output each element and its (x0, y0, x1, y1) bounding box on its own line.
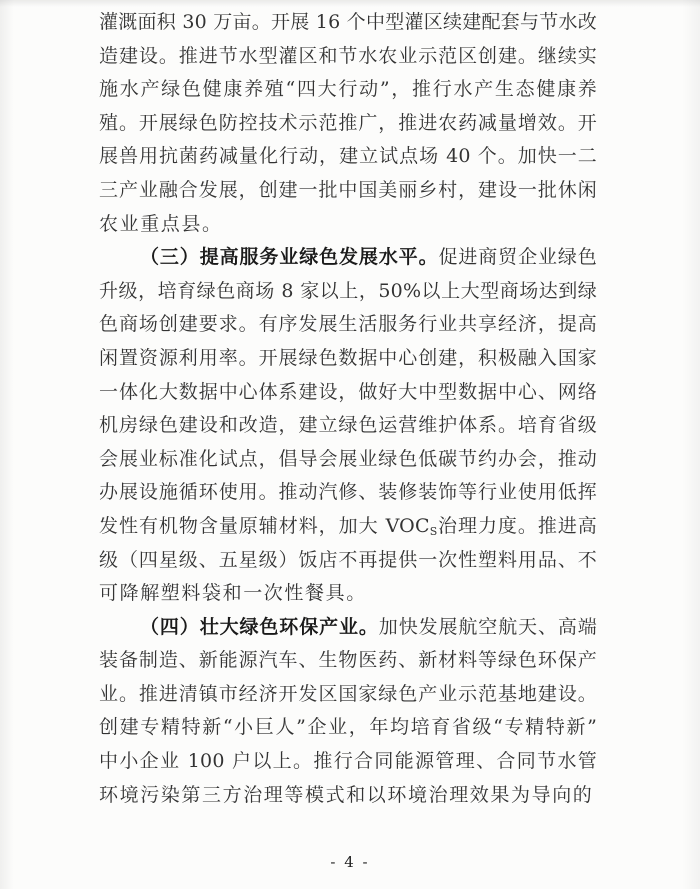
text-run: 创建专精特新“小巨人”企业，年均培育省级“专精特新” (99, 716, 597, 738)
text-run: 灌溉面积 30 万亩。开展 16 个中型灌区续建配套与节水改 (99, 11, 597, 33)
text-line: 发性有机物含量原辅材料，加大 VOCS治理力度。推进高星 (99, 510, 597, 544)
text-line: 业。推进清镇市经济开发区国家绿色产业示范基地建设。 (99, 678, 597, 712)
text-run: 三产业融合发展，创建一批中国美丽乡村，建设一批休闲 (99, 179, 597, 201)
text-line: 创建专精特新“小巨人”企业，年均培育省级“专精特新” (99, 711, 597, 745)
text-line: 级（四星级、五星级）饭店不再提供一次性塑料用品、不 (99, 544, 597, 578)
text-line: 环境污染第三方治理等模式和以环境治理效果为导向的 (99, 779, 597, 813)
text-line: 可降解塑料袋和一次性餐具。 (99, 577, 597, 611)
text-run: 造建设。推进节水型灌区和节水农业示范区创建。继续实 (99, 45, 597, 67)
text-line: 殖。开展绿色防控技术示范推广，推进农药减量增效。开 (99, 107, 597, 141)
text-run: 会展业标准化试点，倡导会展业绿色低碳节约办会，推动 (99, 448, 597, 470)
text-line: 闲置资源利用率。开展绿色数据中心创建，积极融入国家 (99, 342, 597, 376)
text-run: 升级，培育绿色商场 8 家以上，50%以上大型商场达到绿 (99, 280, 597, 302)
text-run: 业。推进清镇市经济开发区国家绿色产业示范基地建设。 (99, 683, 597, 705)
section-heading-run: （四）壮大绿色环保产业。 (140, 616, 379, 638)
section-heading-run: （三）提高服务业绿色发展水平。 (140, 246, 438, 268)
text-line: 灌溉面积 30 万亩。开展 16 个中型灌区续建配套与节水改 (99, 6, 597, 40)
text-run: 级（四星级、五星级）饭店不再提供一次性塑料用品、不 (99, 549, 597, 571)
text-run: 可降解塑料袋和一次性餐具。 (99, 582, 367, 604)
text-run: 农业重点县。 (99, 213, 223, 235)
text-run: 机房绿色建设和改造，建立绿色运营维护体系。培育省级 (99, 414, 597, 436)
text-line: 农业重点县。 (99, 208, 597, 242)
text-line: 机房绿色建设和改造，建立绿色运营维护体系。培育省级 (99, 409, 597, 443)
text-run: 促进商贸企业绿色 (438, 246, 597, 268)
text-run: 一体化大数据中心体系建设，做好大中型数据中心、网络 (99, 381, 597, 403)
text-column: 灌溉面积 30 万亩。开展 16 个中型灌区续建配套与节水改造建设。推进节水型灌… (99, 6, 597, 812)
text-line: 装备制造、新能源汽车、生物医药、新材料等绿色环保产 (99, 644, 597, 678)
text-line: 办展设施循环使用。推动汽修、装修装饰等行业使用低挥 (99, 476, 597, 510)
text-line: 升级，培育绿色商场 8 家以上，50%以上大型商场达到绿 (99, 275, 597, 309)
text-run: 环境污染第三方治理等模式和以环境治理效果为导向的 (99, 784, 593, 806)
text-run: 殖。开展绿色防控技术示范推广，推进农药减量增效。开 (99, 112, 597, 134)
text-line: 造建设。推进节水型灌区和节水农业示范区创建。继续实 (99, 40, 597, 74)
text-line: （三）提高服务业绿色发展水平。促进商贸企业绿色 (99, 241, 597, 275)
text-run: 施水产绿色健康养殖“四大行动”，推行水产生态健康养 (99, 78, 597, 100)
text-line: 三产业融合发展，创建一批中国美丽乡村，建设一批休闲 (99, 174, 597, 208)
text-line: 一体化大数据中心体系建设，做好大中型数据中心、网络 (99, 376, 597, 410)
text-run: 装备制造、新能源汽车、生物医药、新材料等绿色环保产 (99, 649, 597, 671)
text-line: 色商场创建要求。有序发展生活服务行业共享经济，提高 (99, 308, 597, 342)
scanned-document-page: 灌溉面积 30 万亩。开展 16 个中型灌区续建配套与节水改造建设。推进节水型灌… (0, 0, 700, 889)
page-number: - 4 - (0, 853, 700, 871)
text-run: 展兽用抗菌药减量化行动，建立试点场 40 个。加快一二 (99, 145, 597, 167)
text-line: 中小企业 100 户以上。推行合同能源管理、合同节水管理、 (99, 745, 597, 779)
text-line: 会展业标准化试点，倡导会展业绿色低碳节约办会，推动 (99, 443, 597, 477)
text-line: 施水产绿色健康养殖“四大行动”，推行水产生态健康养 (99, 73, 597, 107)
text-run: 发性有机物含量原辅材料，加大 VOC (99, 515, 430, 537)
text-run: 色商场创建要求。有序发展生活服务行业共享经济，提高 (99, 313, 597, 335)
text-run: 闲置资源利用率。开展绿色数据中心创建，积极融入国家 (99, 347, 597, 369)
text-run: 办展设施循环使用。推动汽修、装修装饰等行业使用低挥 (99, 481, 597, 503)
text-run: 加快发展航空航天、高端 (379, 616, 597, 638)
text-line: （四）壮大绿色环保产业。加快发展航空航天、高端 (99, 611, 597, 645)
text-line: 展兽用抗菌药减量化行动，建立试点场 40 个。加快一二 (99, 140, 597, 174)
text-run: 中小企业 100 户以上。推行合同能源管理、合同节水管理、 (99, 750, 597, 779)
